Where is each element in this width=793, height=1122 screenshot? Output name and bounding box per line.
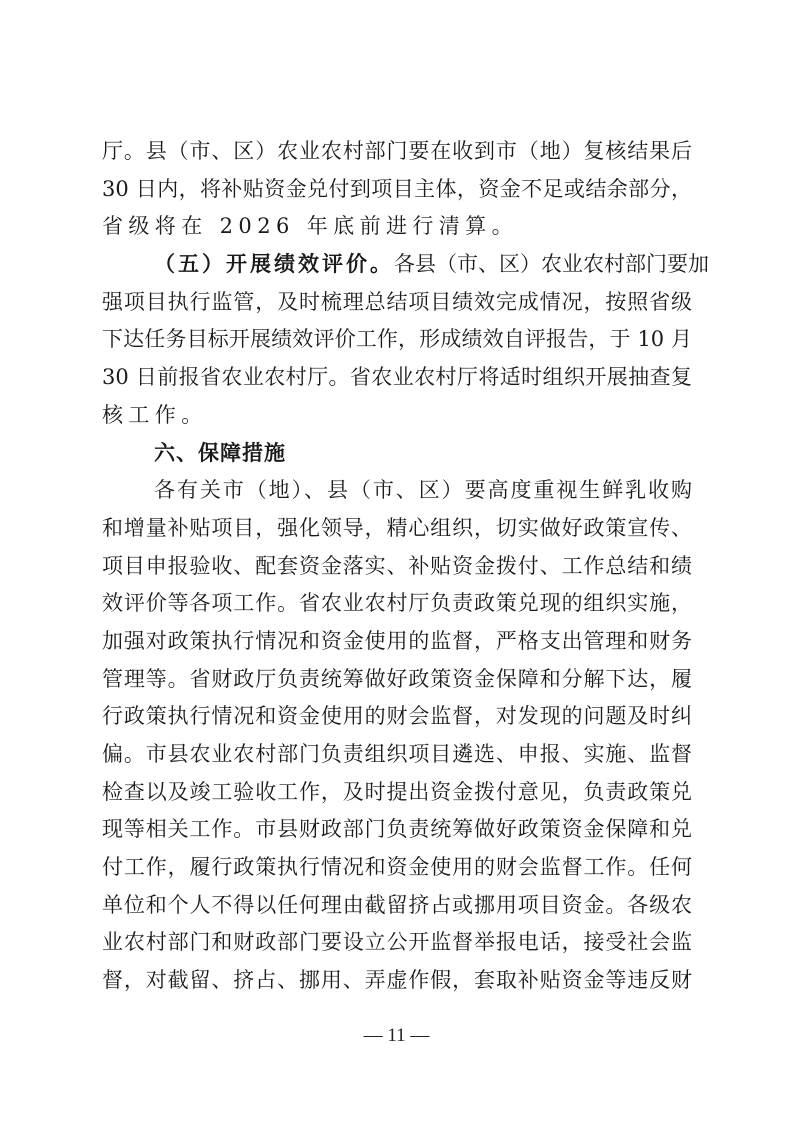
page-number: — 11 — — [0, 1025, 793, 1047]
text-line: 强项目执行监管，及时梳理总结项目绩效完成情况，按照省级 — [102, 284, 692, 322]
text-line: 业农村部门和财政部门要设立公开监督举报电话，接受社会监 — [102, 924, 692, 962]
text-line: 现等相关工作。市县财政部门负责统筹做好政策资金保障和兑 — [102, 811, 692, 849]
text-span: 各县（市、区）农业农村部门要加 — [394, 252, 709, 276]
text-line: 下达任务目标开展绩效评价工作，形成绩效自评报告，于 10 月 — [102, 321, 692, 359]
text-line: 效评价等各项工作。省农业农村厅负责政策兑现的组织实施， — [102, 585, 692, 623]
text-line: 督，对截留、挤占、挪用、弄虚作假，套取补贴资金等违反财 — [102, 962, 692, 1000]
text-line: 各有关市（地）、县（市、区）要高度重视生鲜乳收购 — [102, 472, 692, 510]
text-line: 核工作。 — [102, 397, 692, 435]
text-line: 30 日内，将补贴资金兑付到项目主体，资金不足或结余部分， — [102, 171, 692, 209]
text-line: 厅。县（市、区）农业农村部门要在收到市（地）复核结果后 — [102, 133, 692, 171]
text-line: 偏。市县农业农村部门负责组织项目遴选、申报、实施、监督 — [102, 736, 692, 774]
text-line: 付工作，履行政策执行情况和资金使用的财会监督工作。任何 — [102, 849, 692, 887]
document-page: 厅。县（市、区）农业农村部门要在收到市（地）复核结果后 30 日内，将补贴资金兑… — [102, 133, 692, 1000]
text-line: 30 日前报省农业农村厅。省农业农村厅将适时组织开展抽查复 — [102, 359, 692, 397]
text-line: 单位和个人不得以任何理由截留挤占或挪用项目资金。各级农 — [102, 887, 692, 925]
section-lead: （五）开展绩效评价。 — [154, 252, 394, 276]
text-line: 加强对政策执行情况和资金使用的监督，严格支出管理和财务 — [102, 623, 692, 661]
text-line: 行政策执行情况和资金使用的财会监督，对发现的问题及时纠 — [102, 698, 692, 736]
section-heading: 六、保障措施 — [102, 435, 692, 473]
text-line: 项目申报验收、配套资金落实、补贴资金拨付、工作总结和绩 — [102, 548, 692, 586]
text-line: 省级将在 2026 年底前进行清算。 — [102, 208, 692, 246]
text-line: 和增量补贴项目，强化领导，精心组织，切实做好政策宣传、 — [102, 510, 692, 548]
text-line: 检查以及竣工验收工作，及时提出资金拨付意见，负责政策兑 — [102, 774, 692, 812]
text-line: （五）开展绩效评价。各县（市、区）农业农村部门要加 — [102, 246, 692, 284]
text-line: 管理等。省财政厅负责统筹做好政策资金保障和分解下达，履 — [102, 661, 692, 699]
